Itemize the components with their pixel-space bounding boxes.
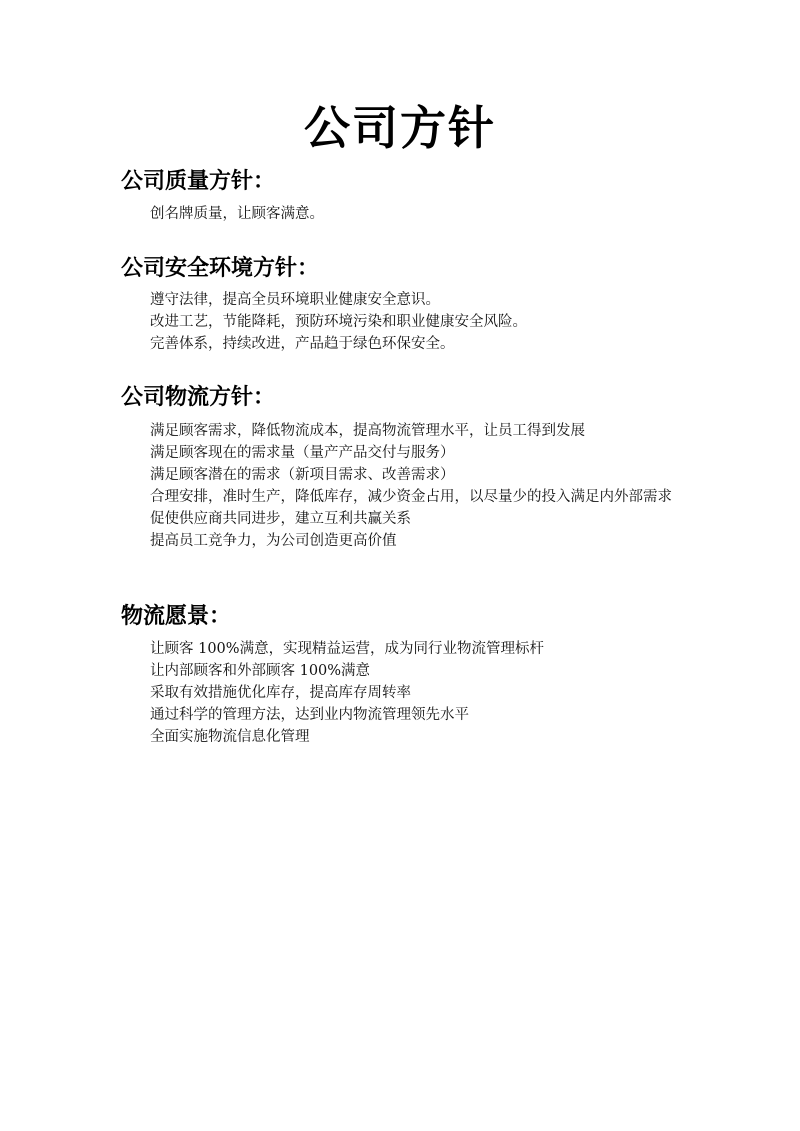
vision-line: 让顾客 100%满意，实现精益运营，成为同行业物流管理标杆 bbox=[121, 638, 681, 660]
section-body-logistics-vision: 让顾客 100%满意，实现精益运营，成为同行业物流管理标杆 让内部顾客和外部顾客… bbox=[121, 638, 681, 748]
section-body-quality: 创名牌质量，让顾客满意。 bbox=[121, 203, 681, 225]
policy-line: 满足顾客现在的需求量（量产产品交付与服务） bbox=[121, 442, 681, 464]
vision-line: 让内部顾客和外部顾客 100%满意 bbox=[121, 660, 681, 682]
policy-line: 改进工艺，节能降耗，预防环境污染和职业健康安全风险。 bbox=[121, 311, 681, 333]
section-body-safety-environment: 遵守法律，提高全员环境职业健康安全意识。 改进工艺，节能降耗，预防环境污染和职业… bbox=[121, 289, 681, 355]
policy-line: 遵守法律，提高全员环境职业健康安全意识。 bbox=[121, 289, 681, 311]
vision-line: 通过科学的管理方法，达到业内物流管理领先水平 bbox=[121, 704, 681, 726]
policy-line: 创名牌质量，让顾客满意。 bbox=[121, 203, 681, 225]
section-heading-logistics-vision: 物流愿景： bbox=[121, 603, 231, 631]
page-title: 公司方针 bbox=[0, 98, 800, 158]
section-heading-safety-environment: 公司安全环境方针： bbox=[121, 255, 319, 283]
document-page: 公司方针 公司质量方针： 创名牌质量，让顾客满意。 公司安全环境方针： 遵守法律… bbox=[0, 0, 800, 1131]
vision-line: 采取有效措施优化库存，提高库存周转率 bbox=[121, 682, 681, 704]
policy-line: 满足顾客需求，降低物流成本，提高物流管理水平，让员工得到发展 bbox=[121, 420, 681, 442]
policy-line: 提高员工竞争力，为公司创造更高价值 bbox=[121, 530, 681, 552]
policy-line: 完善体系，持续改进，产品趋于绿色环保安全。 bbox=[121, 333, 681, 355]
policy-line: 合理安排，准时生产，降低库存，减少资金占用，以尽量少的投入满足内外部需求 bbox=[121, 486, 681, 508]
section-heading-quality: 公司质量方针： bbox=[121, 168, 275, 196]
section-heading-logistics: 公司物流方针： bbox=[121, 384, 275, 412]
policy-line: 促使供应商共同进步，建立互利共赢关系 bbox=[121, 508, 681, 530]
policy-line: 满足顾客潜在的需求（新项目需求、改善需求） bbox=[121, 464, 681, 486]
section-body-logistics: 满足顾客需求，降低物流成本，提高物流管理水平，让员工得到发展 满足顾客现在的需求… bbox=[121, 420, 681, 552]
vision-line: 全面实施物流信息化管理 bbox=[121, 726, 681, 748]
